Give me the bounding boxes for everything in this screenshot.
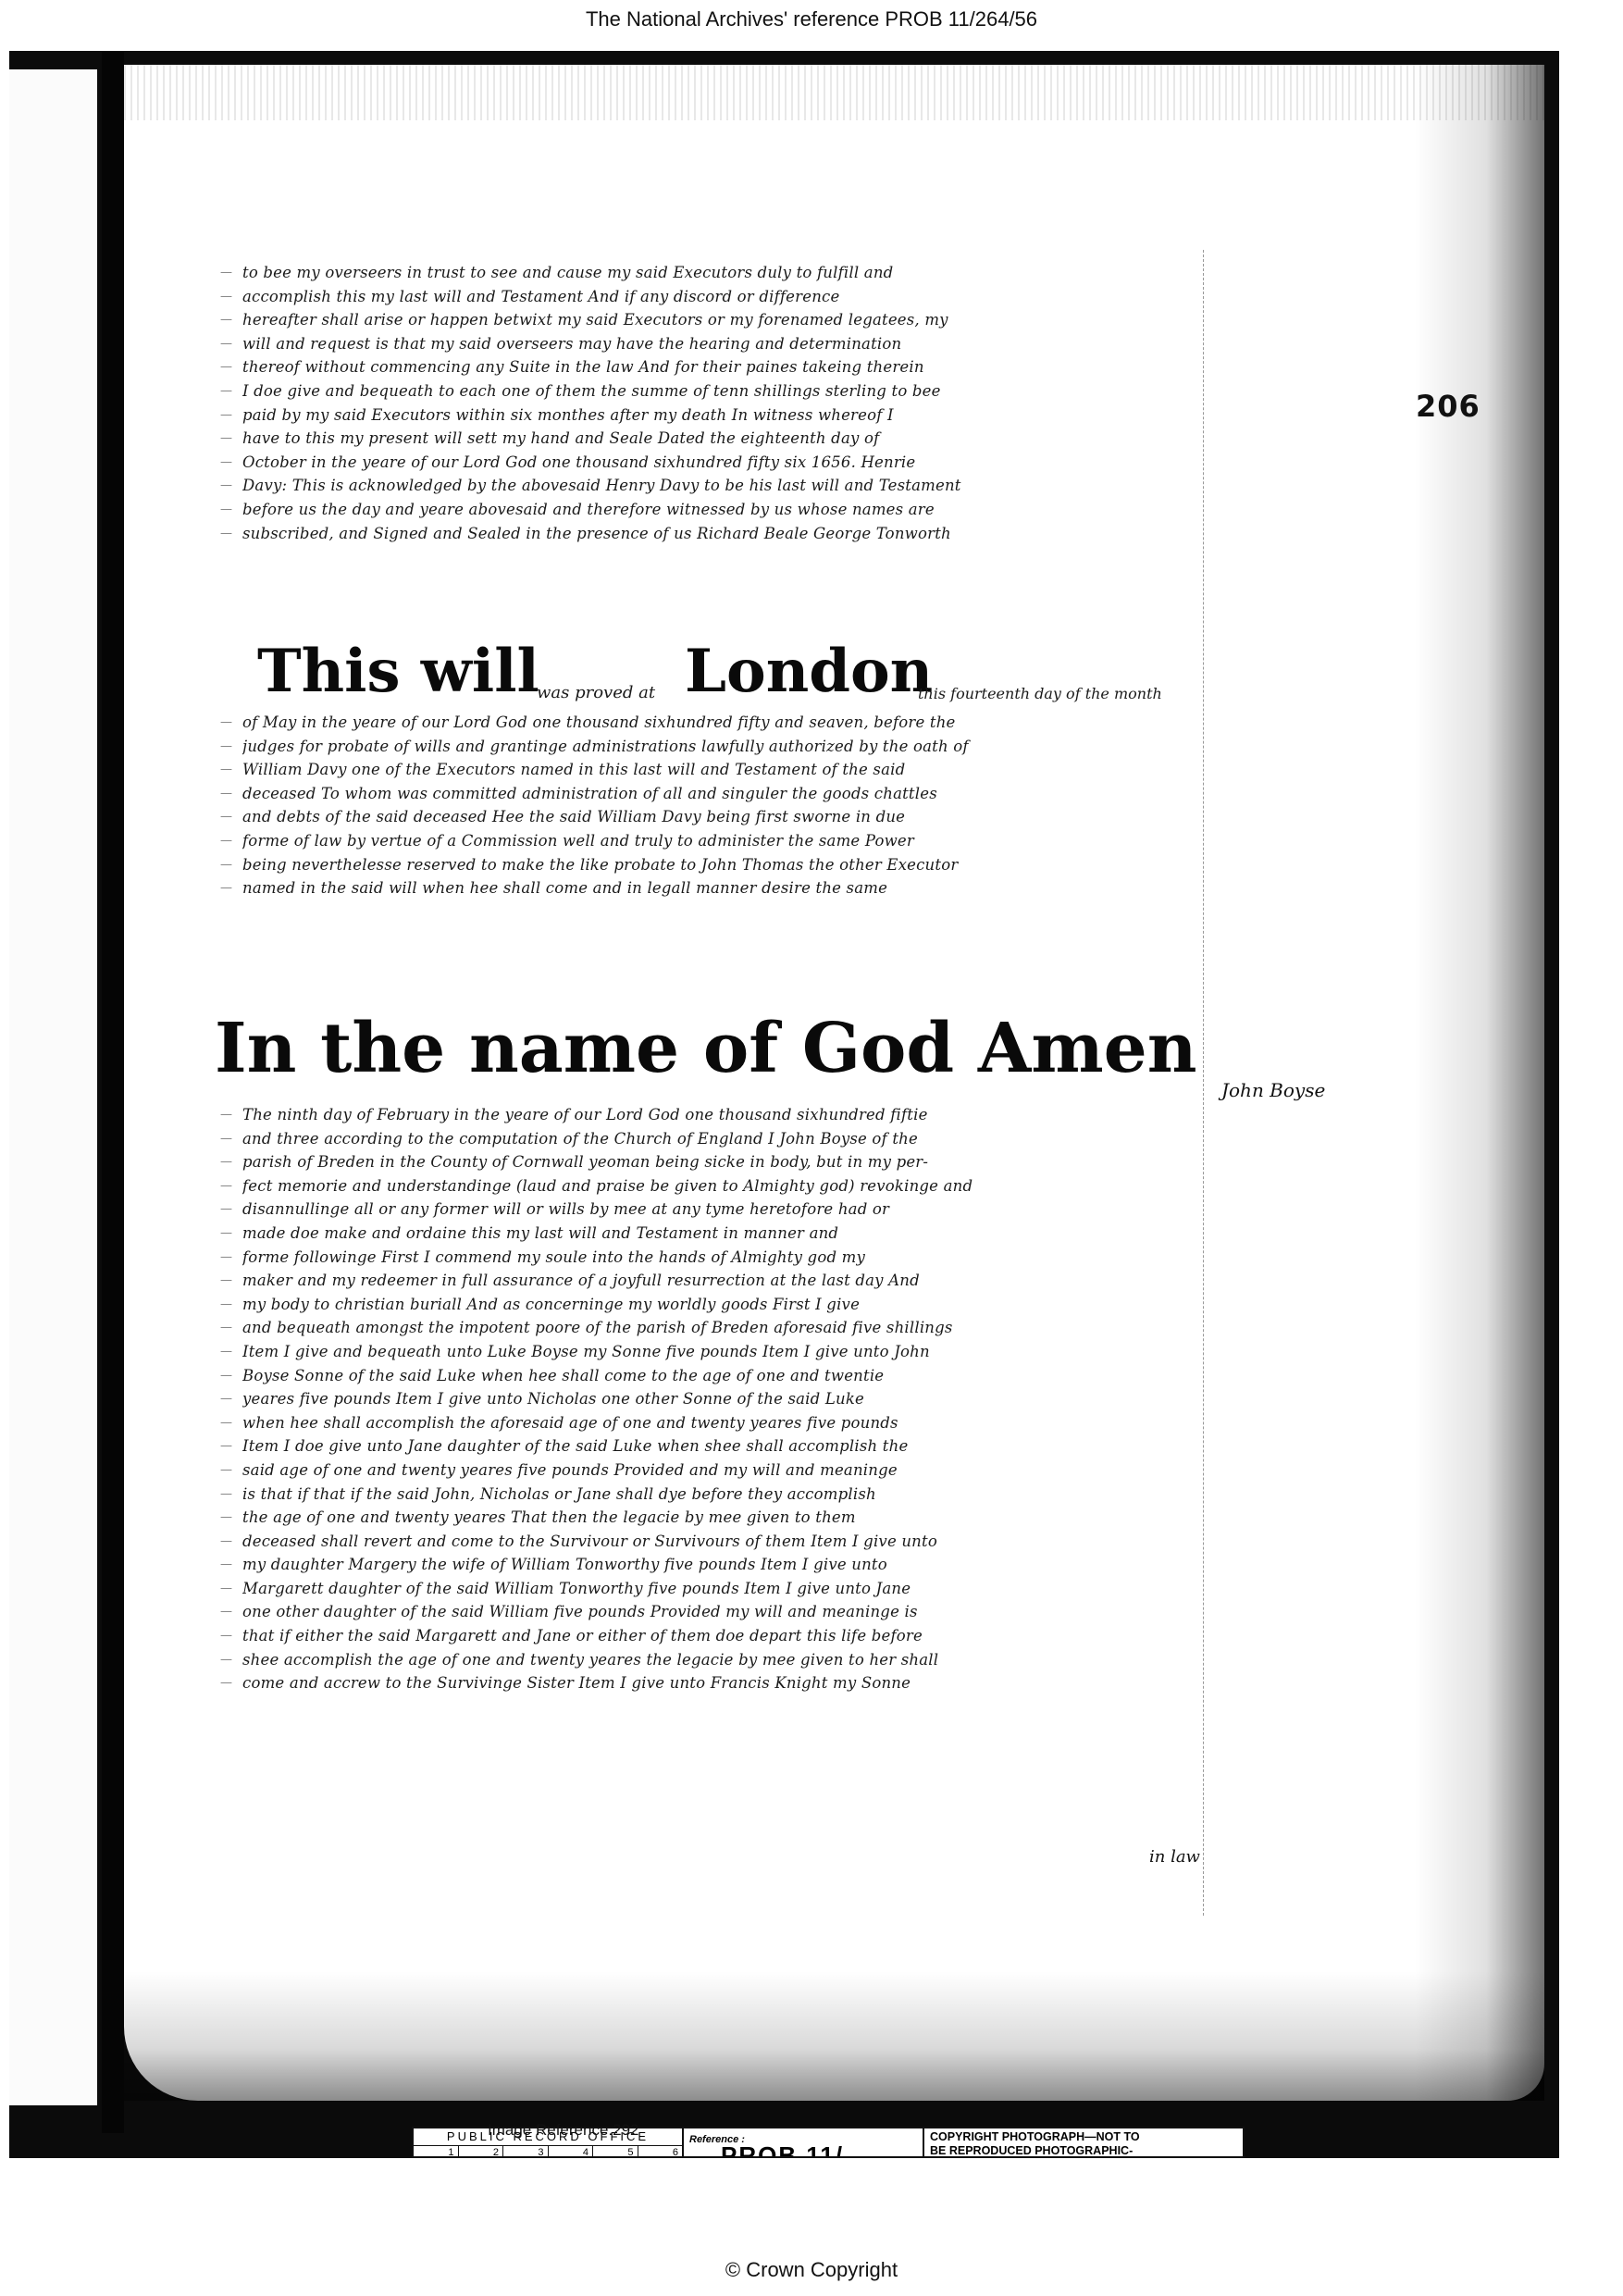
column-number: 3 xyxy=(503,2146,549,2158)
crown-copyright-caption: © Crown Copyright xyxy=(0,2258,1623,2282)
text-line: said age of one and twenty yeares five p… xyxy=(242,1458,1205,1483)
margin-testator-name: John Boyse xyxy=(1221,1079,1325,1101)
text-line: fect memorie and understandinge (laud an… xyxy=(242,1174,1205,1198)
will-body: The ninth day of February in the yeare o… xyxy=(242,1103,1205,1695)
text-line: Davy: This is acknowledged by the aboves… xyxy=(242,474,1205,498)
image-reference: Image Reference:292 xyxy=(488,2121,639,2140)
reference-cell: Reference : PROB 11/ xyxy=(684,2128,924,2156)
heading-this-will: This will xyxy=(257,637,539,706)
text-line: being neverthelesse reserved to make the… xyxy=(242,853,1205,877)
text-line: and three according to the computation o… xyxy=(242,1127,1205,1151)
text-line: October in the yeare of our Lord God one… xyxy=(242,451,1205,475)
text-line: the age of one and twenty yeares That th… xyxy=(242,1506,1205,1530)
was-proved-at: was proved at xyxy=(537,683,655,702)
text-line: named in the said will when hee shall co… xyxy=(242,876,1205,900)
text-line: of May in the yeare of our Lord God one … xyxy=(242,711,1205,735)
text-line: The ninth day of February in the yeare o… xyxy=(242,1103,1205,1127)
text-line: Item I give and bequeath unto Luke Boyse… xyxy=(242,1340,1205,1364)
text-line: will and request is that my said oversee… xyxy=(242,332,1205,356)
probate-line-first: this fourteenth day of the month xyxy=(918,685,1162,702)
text-line: thereof without commencing any Suite in … xyxy=(242,355,1205,379)
reference-value: PROB 11/ xyxy=(721,2143,844,2158)
binding-gutter xyxy=(102,51,124,2133)
archive-reference-caption: The National Archives' reference PROB 11… xyxy=(0,7,1623,31)
text-line: accomplish this my last will and Testame… xyxy=(242,285,1205,309)
scan-noise-right xyxy=(1415,65,1544,2101)
copyright-line: COPYRIGHT PHOTOGRAPH—NOT TO xyxy=(930,2130,1237,2144)
text-line: when hee shall accomplish the aforesaid … xyxy=(242,1411,1205,1435)
text-line: and bequeath amongst the impotent poore … xyxy=(242,1316,1205,1340)
text-line: is that if that if the said John, Nichol… xyxy=(242,1483,1205,1507)
scan-noise-bottom xyxy=(124,1971,1544,2101)
folio-number: 206 xyxy=(1416,389,1481,424)
text-line: deceased To whom was committed administr… xyxy=(242,782,1205,806)
catchword: in law xyxy=(1149,1847,1200,1867)
text-line: maker and my redeemer in full assurance … xyxy=(242,1269,1205,1293)
text-line: subscribed, and Signed and Sealed in the… xyxy=(242,522,1205,546)
probate-clause: of May in the yeare of our Lord God one … xyxy=(242,711,1205,900)
text-line: William Davy one of the Executors named … xyxy=(242,758,1205,782)
column-number: 1 xyxy=(414,2146,459,2158)
column-number: 4 xyxy=(549,2146,594,2158)
text-line: I doe give and bequeath to each one of t… xyxy=(242,379,1205,403)
text-line: shee accomplish the age of one and twent… xyxy=(242,1648,1205,1672)
text-line: come and accrew to the Survivinge Sister… xyxy=(242,1671,1205,1695)
text-line: to bee my overseers in trust to see and … xyxy=(242,261,1205,285)
column-numbers: 1 2 3 4 5 6 xyxy=(414,2146,682,2158)
text-line: my daughter Margery the wife of William … xyxy=(242,1553,1205,1577)
text-line: Boyse Sonne of the said Luke when hee sh… xyxy=(242,1364,1205,1388)
scan-noise-top xyxy=(124,65,1544,120)
text-line: disannullinge all or any former will or … xyxy=(242,1198,1205,1222)
heading-london: London xyxy=(685,637,933,706)
text-line: Margarett daughter of the said William T… xyxy=(242,1577,1205,1601)
text-line: that if either the said Margarett and Ja… xyxy=(242,1624,1205,1648)
column-number: 5 xyxy=(593,2146,638,2158)
text-line: hereafter shall arise or happen betwixt … xyxy=(242,308,1205,332)
text-line: paid by my said Executors within six mon… xyxy=(242,403,1205,428)
facing-page-edge xyxy=(9,69,97,2105)
text-line: judges for probate of wills and granting… xyxy=(242,735,1205,759)
text-line: before us the day and yeare abovesaid an… xyxy=(242,498,1205,522)
text-line: have to this my present will sett my han… xyxy=(242,427,1205,451)
text-line: Item I doe give unto Jane daughter of th… xyxy=(242,1434,1205,1458)
text-line: forme of law by vertue of a Commission w… xyxy=(242,829,1205,853)
copyright-notice: COPYRIGHT PHOTOGRAPH—NOT TO BE REPRODUCE… xyxy=(924,2128,1243,2156)
text-line: parish of Breden in the County of Cornwa… xyxy=(242,1150,1205,1174)
text-line: my body to christian buriall And as conc… xyxy=(242,1293,1205,1317)
text-line: deceased shall revert and come to the Su… xyxy=(242,1530,1205,1554)
text-line: and debts of the said deceased Hee the s… xyxy=(242,805,1205,829)
heading-in-the-name-of-god: In the name of God Amen xyxy=(215,1009,1197,1088)
text-line: made doe make and ordaine this my last w… xyxy=(242,1222,1205,1246)
text-line: forme followinge First I commend my soul… xyxy=(242,1246,1205,1270)
copyright-line: BE REPRODUCED PHOTOGRAPHIC- xyxy=(930,2144,1237,2158)
text-line: one other daughter of the said William f… xyxy=(242,1600,1205,1624)
text-line: yeares five pounds Item I give unto Nich… xyxy=(242,1387,1205,1411)
previous-will-ending: to bee my overseers in trust to see and … xyxy=(242,261,1205,545)
column-number: 6 xyxy=(638,2146,683,2158)
column-number: 2 xyxy=(459,2146,504,2158)
